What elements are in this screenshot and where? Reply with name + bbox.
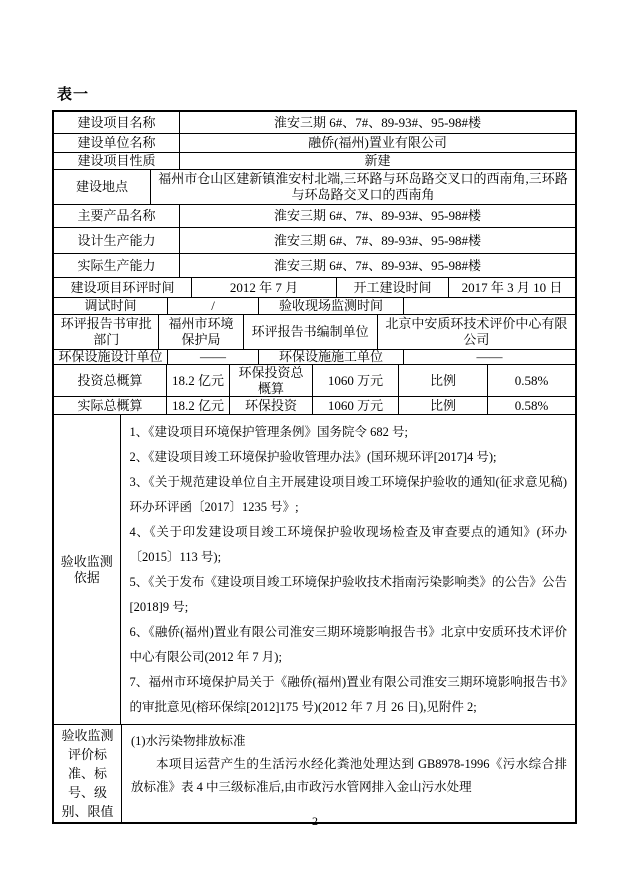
row-project-nature: 建设项目性质 新建	[54, 153, 575, 170]
main-products-value: 淮安三期 6#、7#、89-93#、95-98#楼	[180, 205, 575, 227]
design-capacity-label: 设计生产能力	[54, 228, 180, 253]
construction-start-label: 开工建设时间	[337, 278, 449, 297]
env-invest-value: 1060 万元	[313, 397, 399, 414]
budget-label: 投资总概算	[54, 365, 167, 396]
standards-content: (1)水污染物排放标准 本项目运营产生的生活污水经化粪池处理达到 GB8978-…	[122, 725, 575, 822]
project-nature-value: 新建	[180, 153, 575, 169]
report-compiler-value: 北京中安质环技术评价中心有限公司	[378, 315, 575, 349]
actual-budget-label: 实际总概算	[54, 397, 167, 414]
site-monitor-time-value	[404, 298, 575, 314]
debug-time-value: /	[168, 298, 259, 314]
eia-time-label: 建设项目环评时间	[54, 278, 192, 297]
basis-item: 4、《关于印发建设项目竣工环境保护验收现场检查及审查要点的通知》(环办〔2015…	[130, 520, 568, 570]
table-caption: 表一	[57, 83, 89, 104]
builder-name-value: 融侨(福州)置业有限公司	[180, 134, 575, 152]
row-builder-name: 建设单位名称 融侨(福州)置业有限公司	[54, 134, 575, 153]
env-invest-label: 环保投资	[230, 397, 313, 414]
construction-unit-value: ——	[404, 350, 575, 364]
budget-ratio-value: 0.58%	[488, 365, 575, 396]
env-budget-value: 1060 万元	[313, 365, 399, 396]
standards-label: 验收监测评价标准、标号、级别、限值	[54, 725, 122, 822]
basis-item: 1、《建设项目环境保护管理条例》国务院令 682 号;	[130, 420, 568, 445]
row-actual-capacity: 实际生产能力 淮安三期 6#、7#、89-93#、95-98#楼	[54, 254, 575, 278]
design-unit-label: 环保设施设计单位	[54, 350, 168, 364]
standards-heading: (1)水污染物排放标准	[131, 729, 567, 753]
standards-paragraph: 本项目运营产生的生活污水经化粪池处理达到 GB8978-1996《污水综合排放标…	[131, 753, 567, 799]
basis-item: 6、《融侨(福州)置业有限公司淮安三期环境影响报告书》北京中安质环技术评价中心有…	[130, 620, 568, 670]
document-page: 表一 建设项目名称 淮安三期 6#、7#、89-93#、95-98#楼 建设单位…	[0, 0, 630, 891]
row-design-capacity: 设计生产能力 淮安三期 6#、7#、89-93#、95-98#楼	[54, 228, 575, 254]
basis-item: 7、福州市环境保护局关于《融侨(福州)置业有限公司淮安三期环境影响报告书》的审批…	[130, 670, 568, 720]
design-unit-value: ——	[168, 350, 259, 364]
row-evaluation-standards: 验收监测评价标准、标号、级别、限值 (1)水污染物排放标准 本项目运营产生的生活…	[54, 725, 575, 822]
page-number: 2	[0, 814, 630, 829]
row-monitoring-basis: 验收监测依据 1、《建设项目环境保护管理条例》国务院令 682 号; 2、《建设…	[54, 415, 575, 725]
eia-time-value: 2012 年 7 月	[192, 278, 337, 297]
actual-capacity-label: 实际生产能力	[54, 254, 180, 277]
construction-unit-label: 环保设施施工单位	[259, 350, 404, 364]
monitoring-basis-label: 验收监测依据	[54, 415, 121, 724]
project-nature-label: 建设项目性质	[54, 153, 180, 169]
budget-value: 18.2 亿元	[167, 365, 230, 396]
row-location: 建设地点 福州市仓山区建新镇淮安村北端,三环路与环岛路交叉口的西南角,三环路与环…	[54, 170, 575, 205]
project-info-table: 建设项目名称 淮安三期 6#、7#、89-93#、95-98#楼 建设单位名称 …	[52, 110, 577, 824]
basis-item: 5、《关于发布《建设项目竣工环境保护验收技术指南污染影响类》的公告》公告[201…	[130, 570, 568, 620]
location-label: 建设地点	[54, 170, 151, 204]
row-eia-time: 建设项目环评时间 2012 年 7 月 开工建设时间 2017 年 3 月 10…	[54, 278, 575, 298]
monitoring-basis-content: 1、《建设项目环境保护管理条例》国务院令 682 号; 2、《建设项目竣工环境保…	[121, 415, 576, 724]
project-name-label: 建设项目名称	[54, 112, 180, 133]
report-compiler-label: 环评报告书编制单位	[244, 315, 378, 349]
row-project-name: 建设项目名称 淮安三期 6#、7#、89-93#、95-98#楼	[54, 112, 575, 134]
actual-capacity-value: 淮安三期 6#、7#、89-93#、95-98#楼	[180, 254, 575, 277]
row-main-products: 主要产品名称 淮安三期 6#、7#、89-93#、95-98#楼	[54, 205, 575, 228]
approval-dept-value: 福州市环境保护局	[159, 315, 243, 349]
site-monitor-time-label: 验收现场监测时间	[259, 298, 404, 314]
row-budget: 投资总概算 18.2 亿元 环保投资总概算 1060 万元 比例 0.58%	[54, 365, 575, 397]
actual-ratio-label: 比例	[399, 397, 488, 414]
construction-start-value: 2017 年 3 月 10 日	[449, 278, 575, 297]
row-actual-budget: 实际总概算 18.2 亿元 环保投资 1060 万元 比例 0.58%	[54, 397, 575, 415]
location-value: 福州市仓山区建新镇淮安村北端,三环路与环岛路交叉口的西南角,三环路与环岛路交叉口…	[151, 170, 575, 204]
debug-time-label: 调试时间	[54, 298, 168, 314]
row-approval-dept: 环评报告书审批部门 福州市环境保护局 环评报告书编制单位 北京中安质环技术评价中…	[54, 315, 575, 350]
actual-ratio-value: 0.58%	[488, 397, 575, 414]
row-debug-time: 调试时间 / 验收现场监测时间	[54, 298, 575, 315]
project-name-value: 淮安三期 6#、7#、89-93#、95-98#楼	[180, 112, 575, 133]
basis-item: 3、《关于规范建设单位自主开展建设项目竣工环境保护验收的通知(征求意见稿)环办环…	[130, 470, 568, 520]
budget-ratio-label: 比例	[399, 365, 488, 396]
basis-item: 2、《建设项目竣工环境保护验收管理办法》(国环规环评[2017]4 号);	[130, 445, 568, 470]
env-budget-label: 环保投资总概算	[230, 365, 313, 396]
row-design-unit: 环保设施设计单位 —— 环保设施施工单位 ——	[54, 350, 575, 365]
design-capacity-value: 淮安三期 6#、7#、89-93#、95-98#楼	[180, 228, 575, 253]
builder-name-label: 建设单位名称	[54, 134, 180, 152]
main-products-label: 主要产品名称	[54, 205, 180, 227]
approval-dept-label: 环评报告书审批部门	[54, 315, 159, 349]
actual-budget-value: 18.2 亿元	[167, 397, 230, 414]
